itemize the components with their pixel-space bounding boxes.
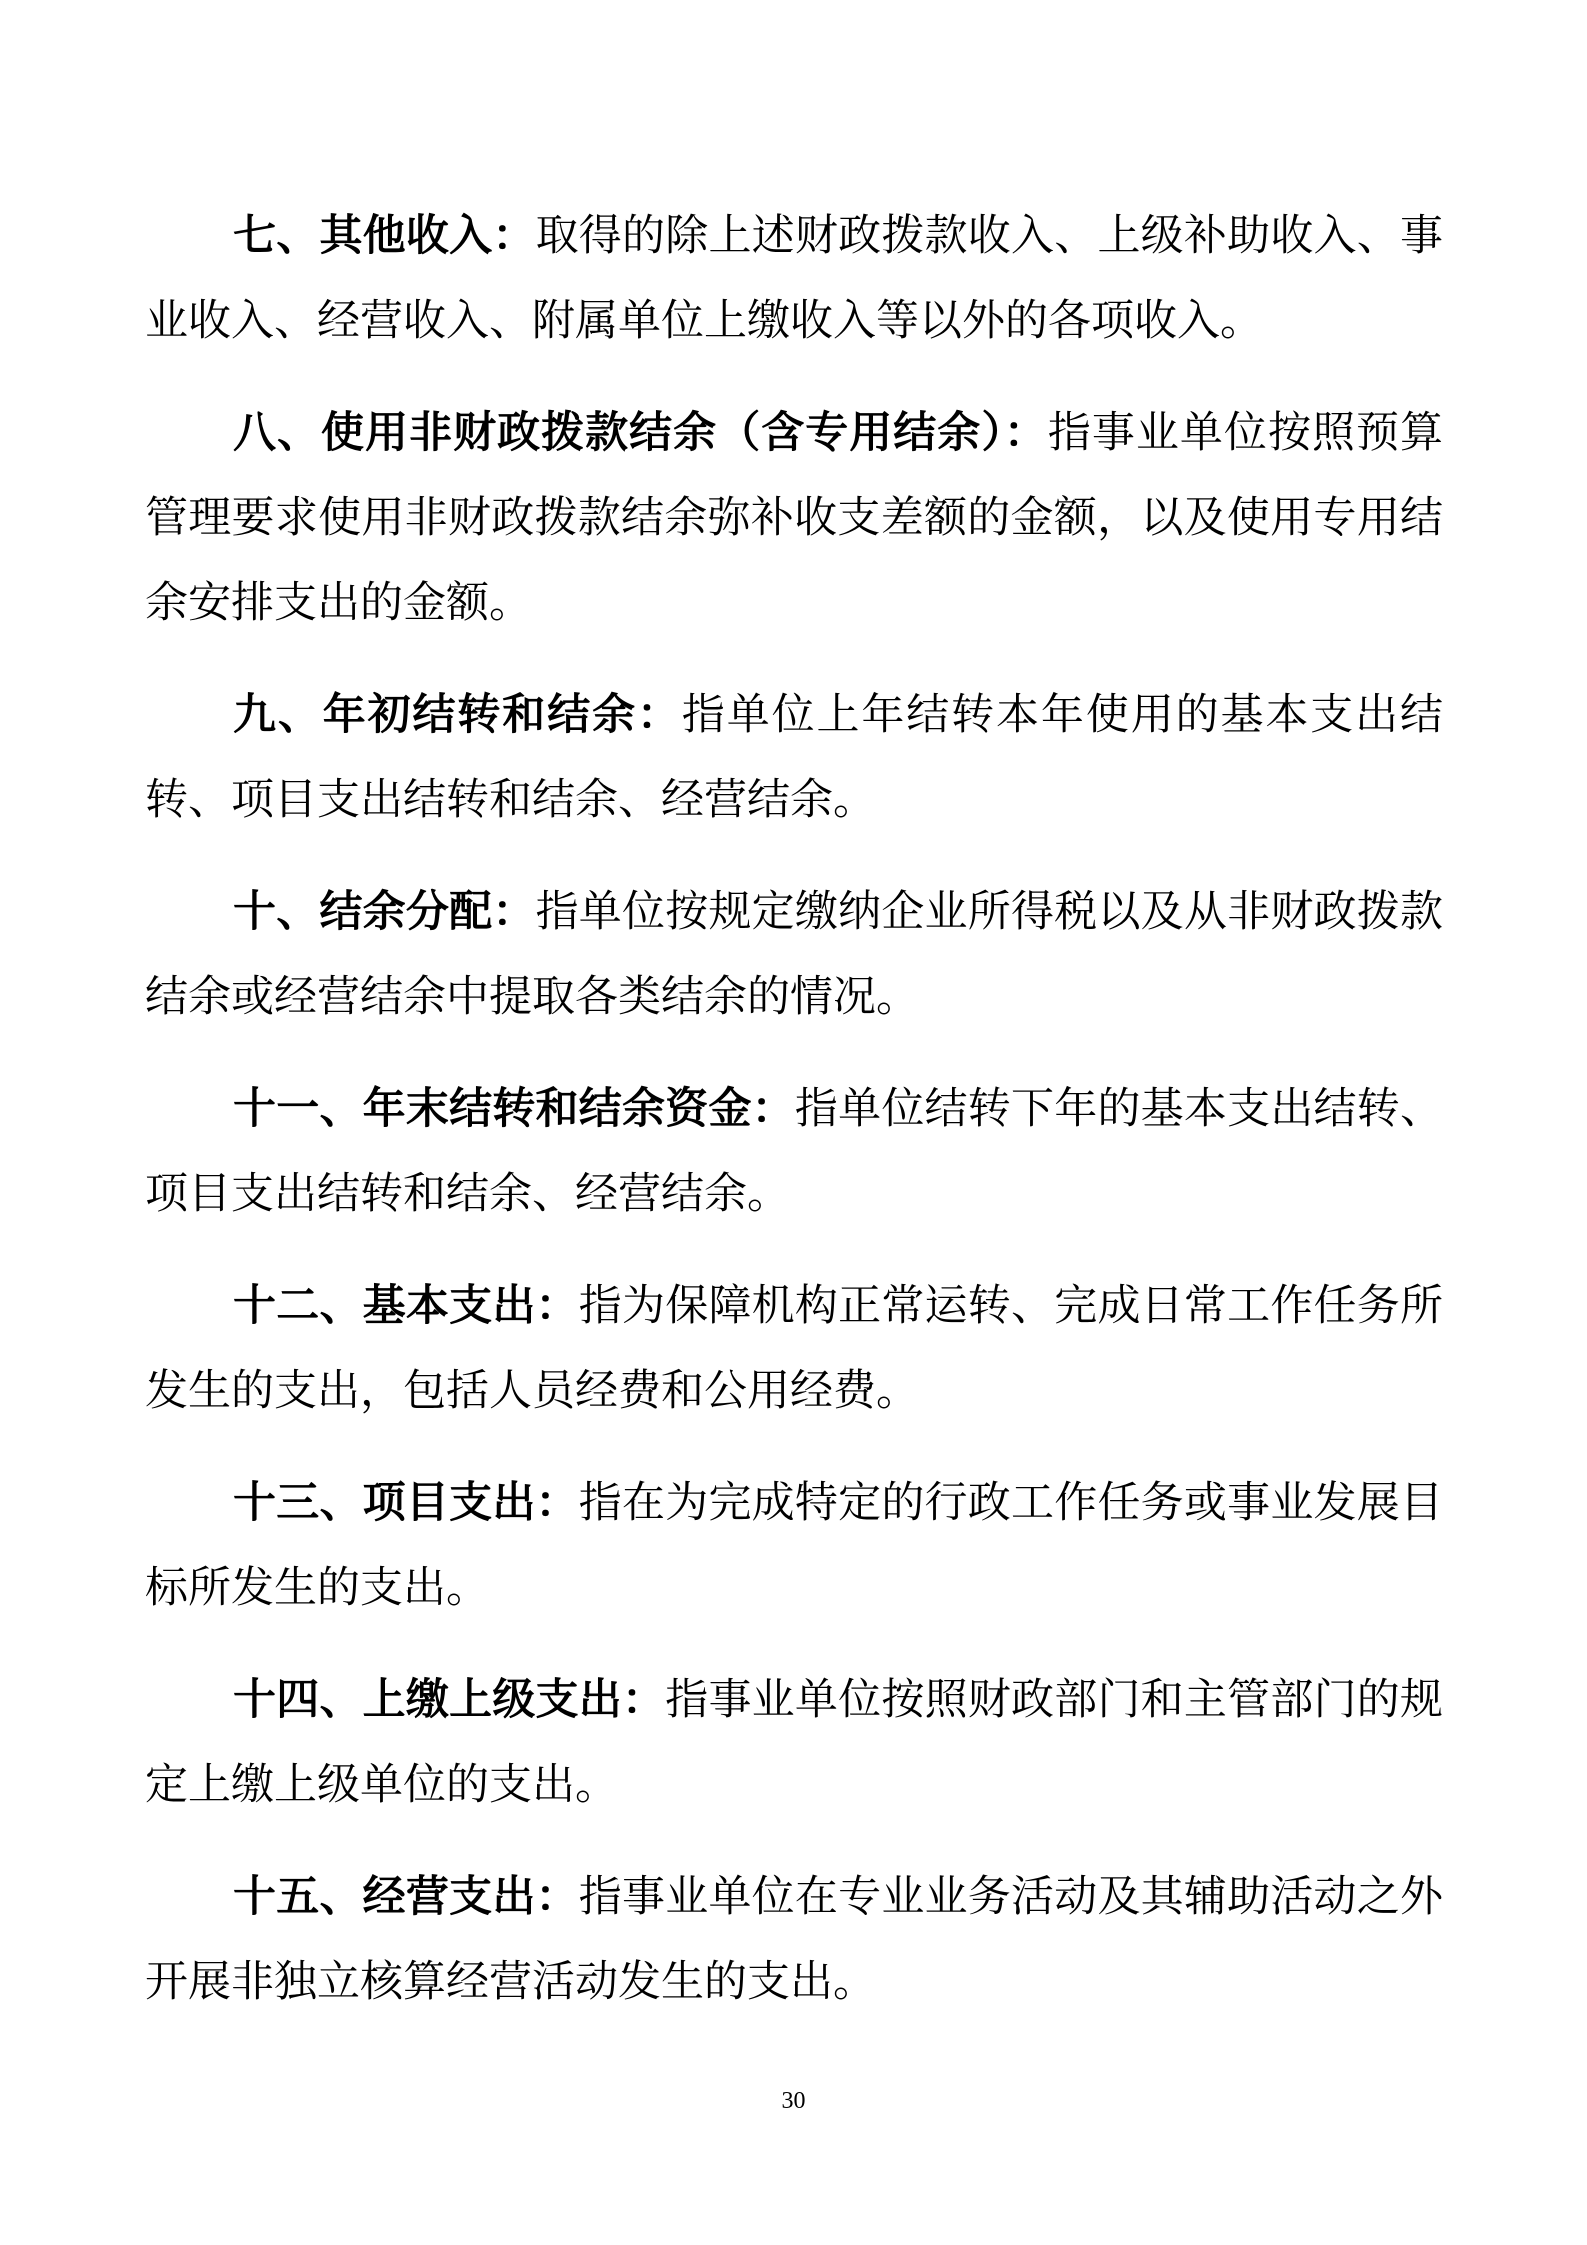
term-label: 十四、上缴上级支出： bbox=[233, 1677, 665, 1724]
page-number: 30 bbox=[0, 2086, 1587, 2116]
definition-paragraph: 八、使用非财政拨款结余（含专用结余）：指事业单位按照预算管理要求使用非财政拨款结… bbox=[145, 391, 1443, 646]
definition-paragraph: 十五、经营支出：指事业单位在专业业务活动及其辅助活动之外开展非独立核算经营活动发… bbox=[145, 1855, 1443, 2025]
definition-paragraph: 七、其他收入：取得的除上述财政拨款收入、上级补助收入、事业收入、经营收入、附属单… bbox=[145, 194, 1443, 364]
document-body: 七、其他收入：取得的除上述财政拨款收入、上级补助收入、事业收入、经营收入、附属单… bbox=[145, 194, 1443, 2025]
definition-paragraph: 十一、年末结转和结余资金：指单位结转下年的基本支出结转、项目支出结转和结余、经营… bbox=[145, 1067, 1443, 1237]
term-label: 七、其他收入： bbox=[233, 213, 536, 260]
term-label: 十一、年末结转和结余资金： bbox=[233, 1086, 795, 1133]
definition-paragraph: 十三、项目支出：指在为完成特定的行政工作任务或事业发展目标所发生的支出。 bbox=[145, 1461, 1443, 1631]
definition-paragraph: 十四、上缴上级支出：指事业单位按照财政部门和主管部门的规定上缴上级单位的支出。 bbox=[145, 1658, 1443, 1828]
definition-paragraph: 十二、基本支出：指为保障机构正常运转、完成日常工作任务所发生的支出，包括人员经费… bbox=[145, 1264, 1443, 1434]
definition-paragraph: 九、年初结转和结余：指单位上年结转本年使用的基本支出结转、项目支出结转和结余、经… bbox=[145, 673, 1443, 843]
term-label: 九、年初结转和结余： bbox=[233, 692, 682, 739]
term-label: 十三、项目支出： bbox=[233, 1480, 579, 1527]
document-page: 七、其他收入：取得的除上述财政拨款收入、上级补助收入、事业收入、经营收入、附属单… bbox=[0, 0, 1587, 2245]
term-label: 十五、经营支出： bbox=[233, 1874, 579, 1921]
term-label: 十、结余分配： bbox=[233, 889, 536, 936]
definition-paragraph: 十、结余分配：指单位按规定缴纳企业所得税以及从非财政拨款结余或经营结余中提取各类… bbox=[145, 870, 1443, 1040]
term-label: 十二、基本支出： bbox=[233, 1283, 579, 1330]
term-label: 八、使用非财政拨款结余（含专用结余）： bbox=[233, 410, 1048, 457]
